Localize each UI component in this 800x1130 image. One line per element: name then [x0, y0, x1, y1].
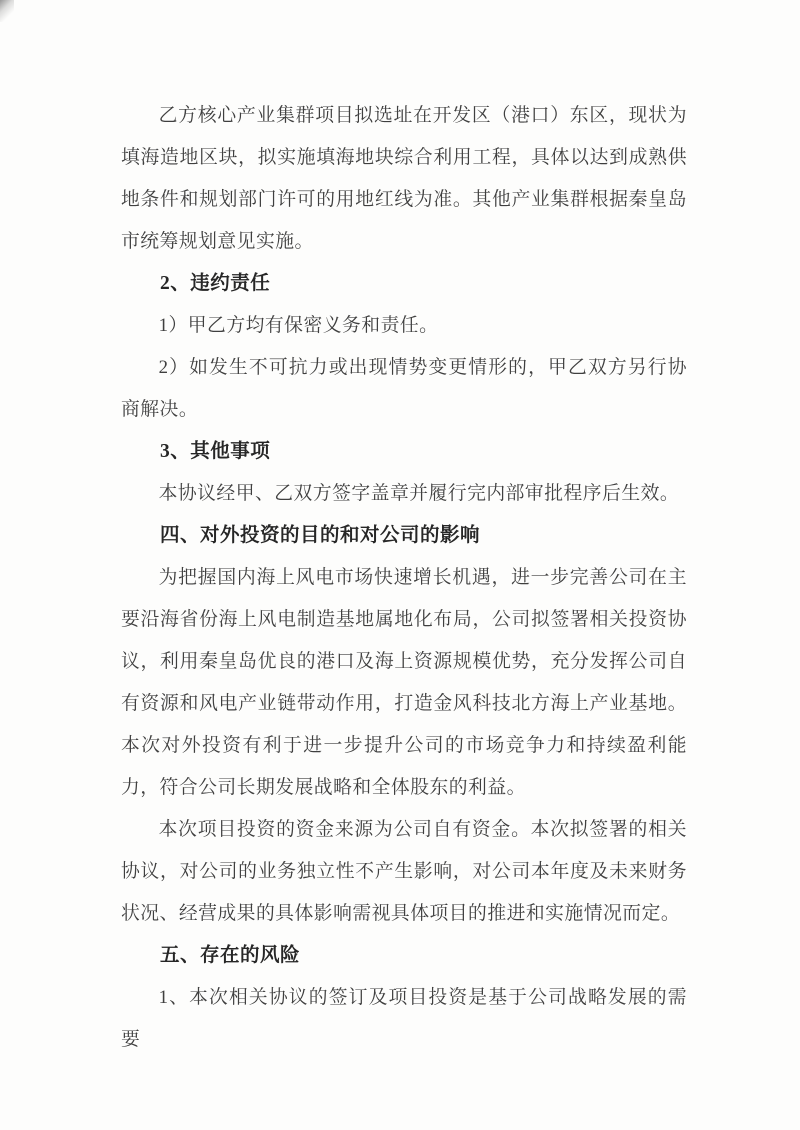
- paragraph-effectiveness-clause: 本协议经甲、乙双方签字盖章并履行完内部审批程序后生效。: [121, 473, 687, 515]
- paragraph-investment-purpose: 为把握国内海上风电市场快速增长机遇，进一步完善公司在主要沿海省份海上风电制造基地…: [121, 557, 687, 809]
- paragraph-risk-item-1: 1、本次相关协议的签订及项目投资是基于公司战略发展的需要: [121, 977, 687, 1061]
- heading-other-matters: 3、其他事项: [121, 431, 687, 473]
- paragraph-funding-source-and-impact: 本次项目投资的资金来源为公司自有资金。本次拟签署的相关协议，对公司的业务独立性不…: [121, 809, 687, 935]
- heading-breach-liability: 2、违约责任: [121, 263, 687, 305]
- paragraph-site-selection: 乙方核心产业集群项目拟选址在开发区（港口）东区，现状为填海造地区块，拟实施填海地…: [121, 95, 687, 263]
- document-content: 乙方核心产业集群项目拟选址在开发区（港口）东区，现状为填海造地区块，拟实施填海地…: [121, 95, 687, 1061]
- heading-investment-purpose-and-impact: 四、对外投资的目的和对公司的影响: [121, 515, 687, 557]
- paragraph-force-majeure-clause: 2）如发生不可抗力或出现情势变更情形的，甲乙双方另行协商解决。: [121, 347, 687, 431]
- heading-existing-risks: 五、存在的风险: [121, 935, 687, 977]
- paragraph-confidentiality-clause: 1）甲乙方均有保密义务和责任。: [121, 305, 687, 347]
- scan-smudge-artifact: [0, 0, 14, 22]
- document-page: 乙方核心产业集群项目拟选址在开发区（港口）东区，现状为填海造地区块，拟实施填海地…: [0, 0, 800, 1130]
